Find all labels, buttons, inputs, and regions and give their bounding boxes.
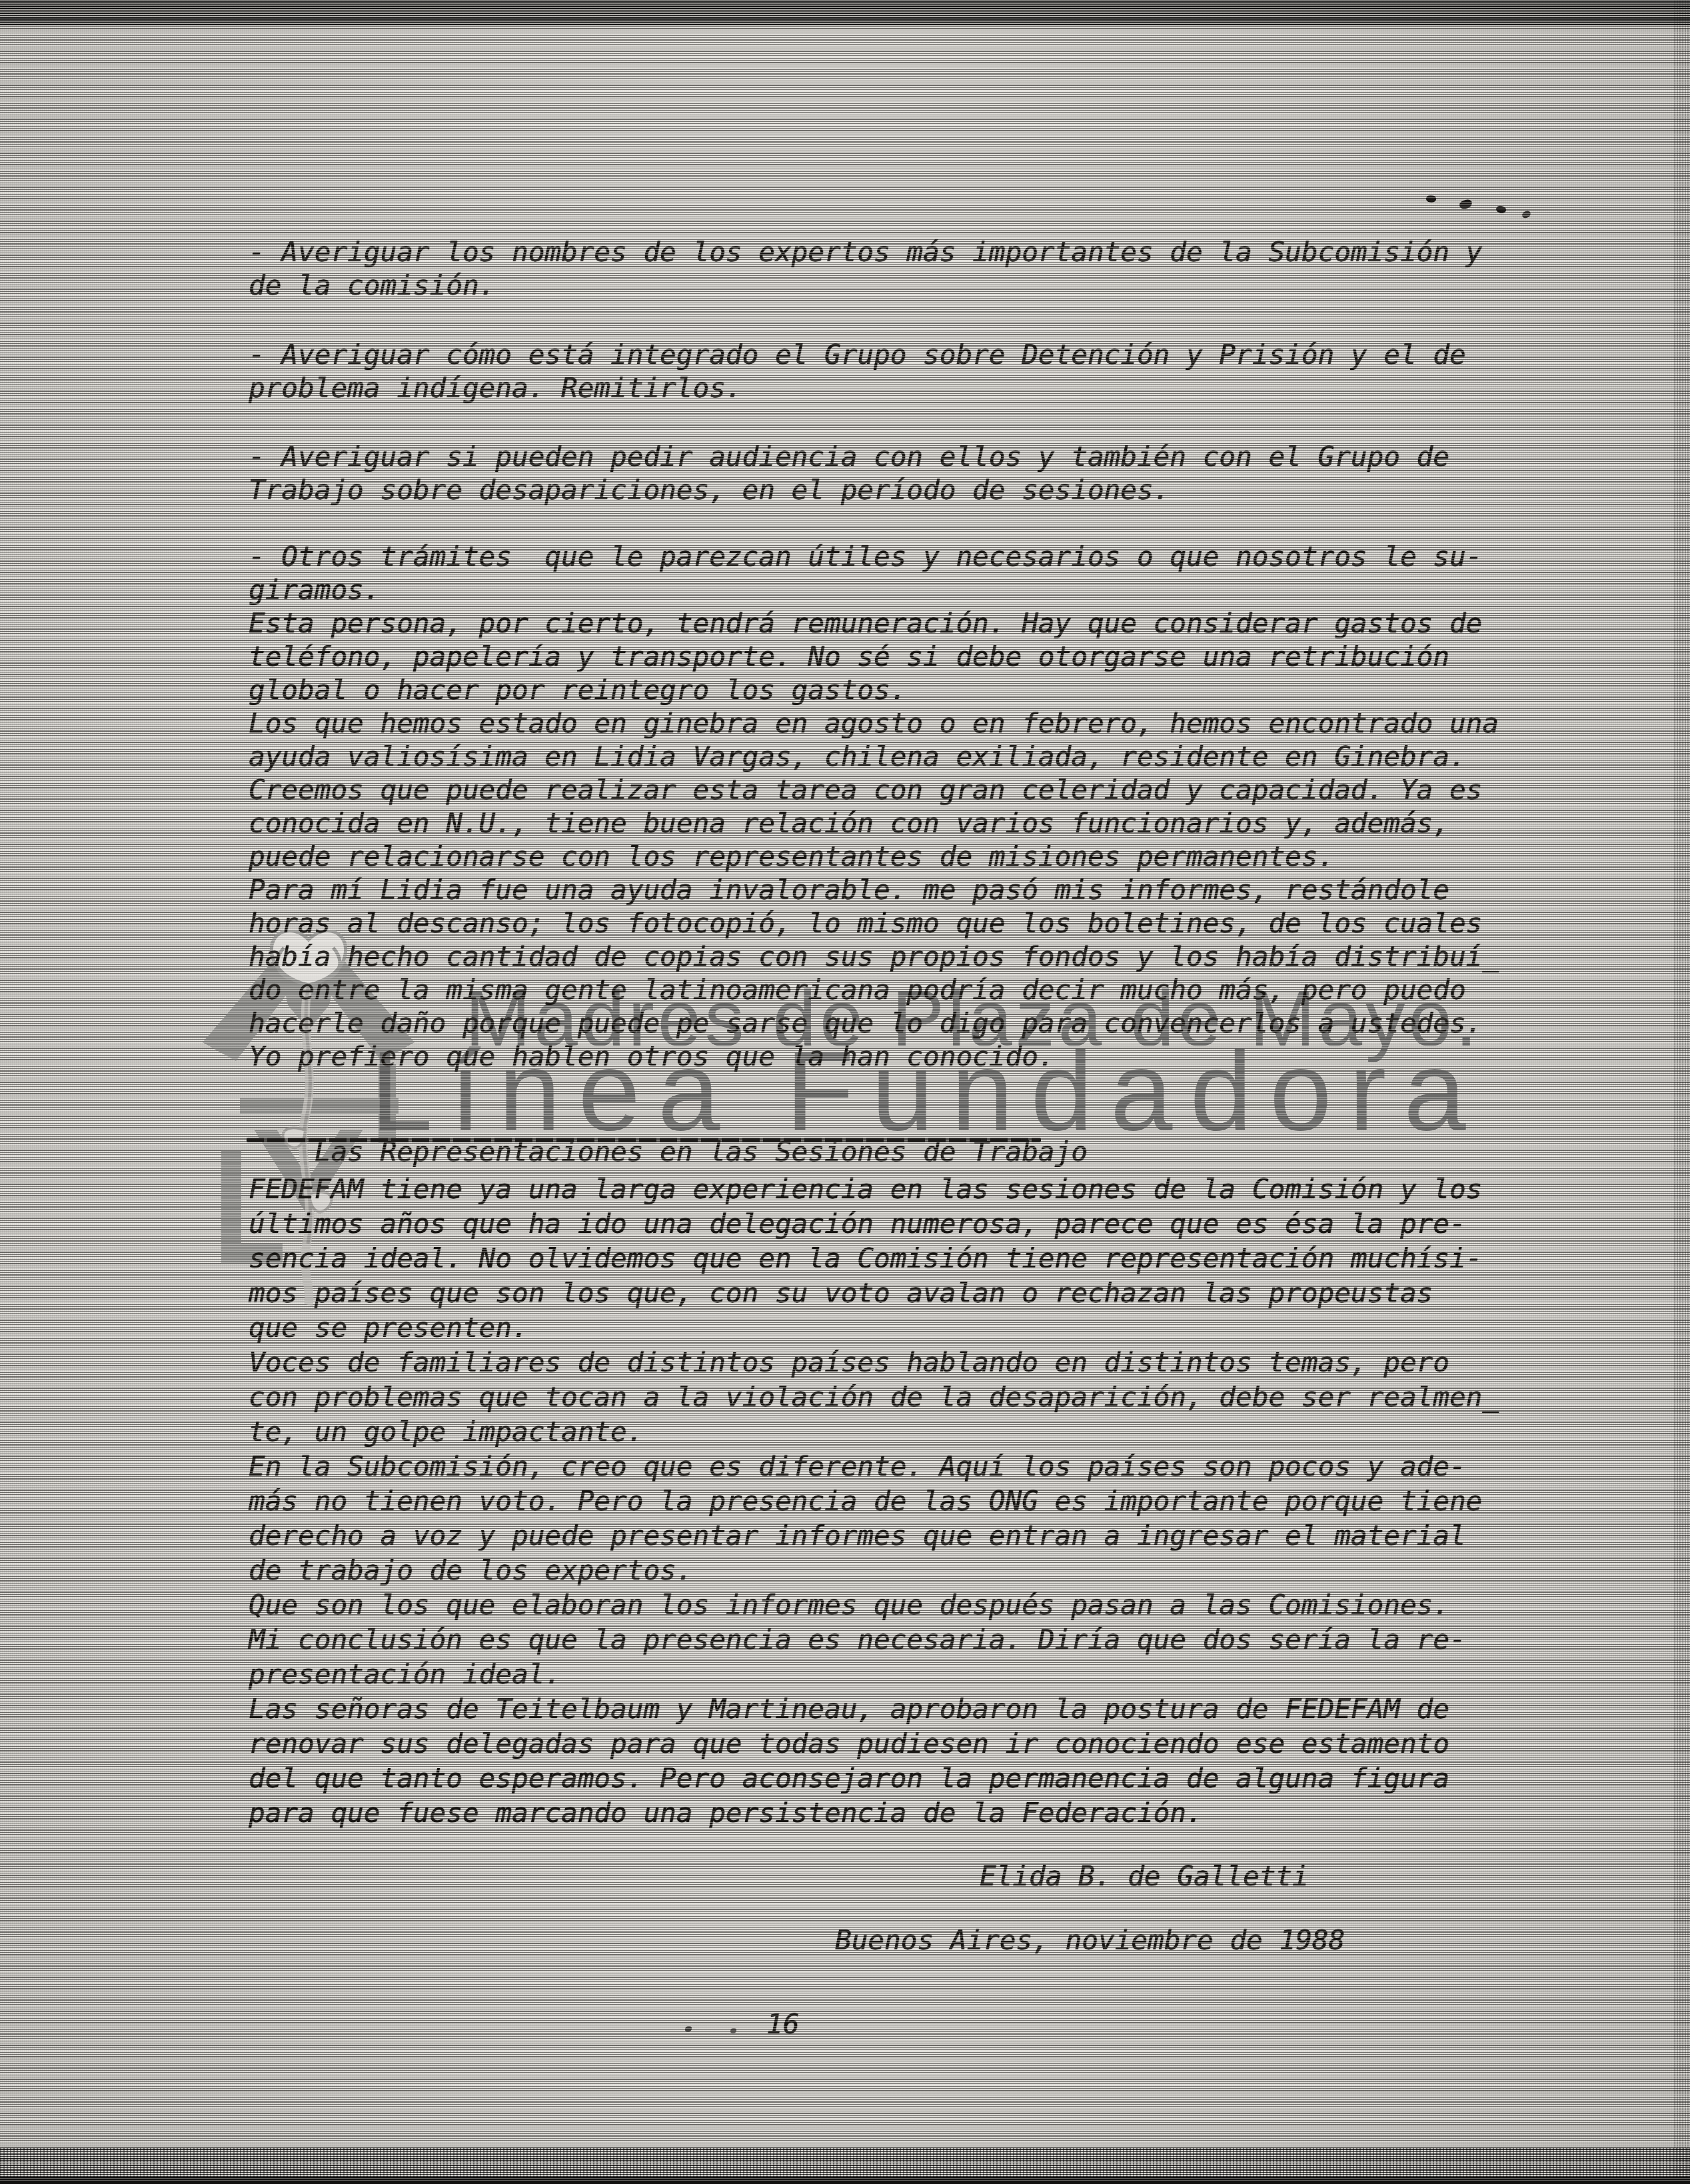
heading-underline bbox=[247, 1138, 1041, 1142]
ink-speck bbox=[1425, 194, 1437, 203]
signature-line: Elida B. de Galletti bbox=[980, 1859, 1309, 1893]
paragraph-averiguar-audiencia: - Averiguar si pueden pedir audiencia co… bbox=[249, 440, 1449, 507]
ink-speck bbox=[1459, 199, 1473, 210]
ink-speck bbox=[1495, 205, 1507, 215]
ink-speck bbox=[685, 2026, 692, 2032]
dateline: Buenos Aires, noviembre de 1988 bbox=[835, 1923, 1345, 1957]
ink-speck bbox=[1521, 210, 1531, 219]
scan-edge-band-bottom bbox=[0, 2148, 1690, 2184]
paragraph-averiguar-grupo: - Averiguar cómo está integrado el Grupo… bbox=[249, 338, 1466, 405]
scan-edge-band-top bbox=[0, 0, 1690, 25]
paragraph-averiguar-expertos: - Averiguar los nombres de los expertos … bbox=[249, 235, 1482, 302]
section-heading: Las Representaciones en las Sesiones de … bbox=[249, 1102, 1088, 1235]
paragraph-otros-tramites: - Otros trámites que le parezcan útiles … bbox=[249, 540, 1499, 1073]
page-number: 16 bbox=[766, 2007, 799, 2041]
scanned-document-page: Madres de Plaza de Mayo. Línea Fundadora… bbox=[0, 0, 1690, 2184]
paragraph-representaciones: FEDEFAM tiene ya una larga experiencia e… bbox=[249, 1172, 1499, 1830]
ink-speck bbox=[730, 2028, 736, 2033]
scan-edge-band-right bbox=[1674, 0, 1690, 2184]
